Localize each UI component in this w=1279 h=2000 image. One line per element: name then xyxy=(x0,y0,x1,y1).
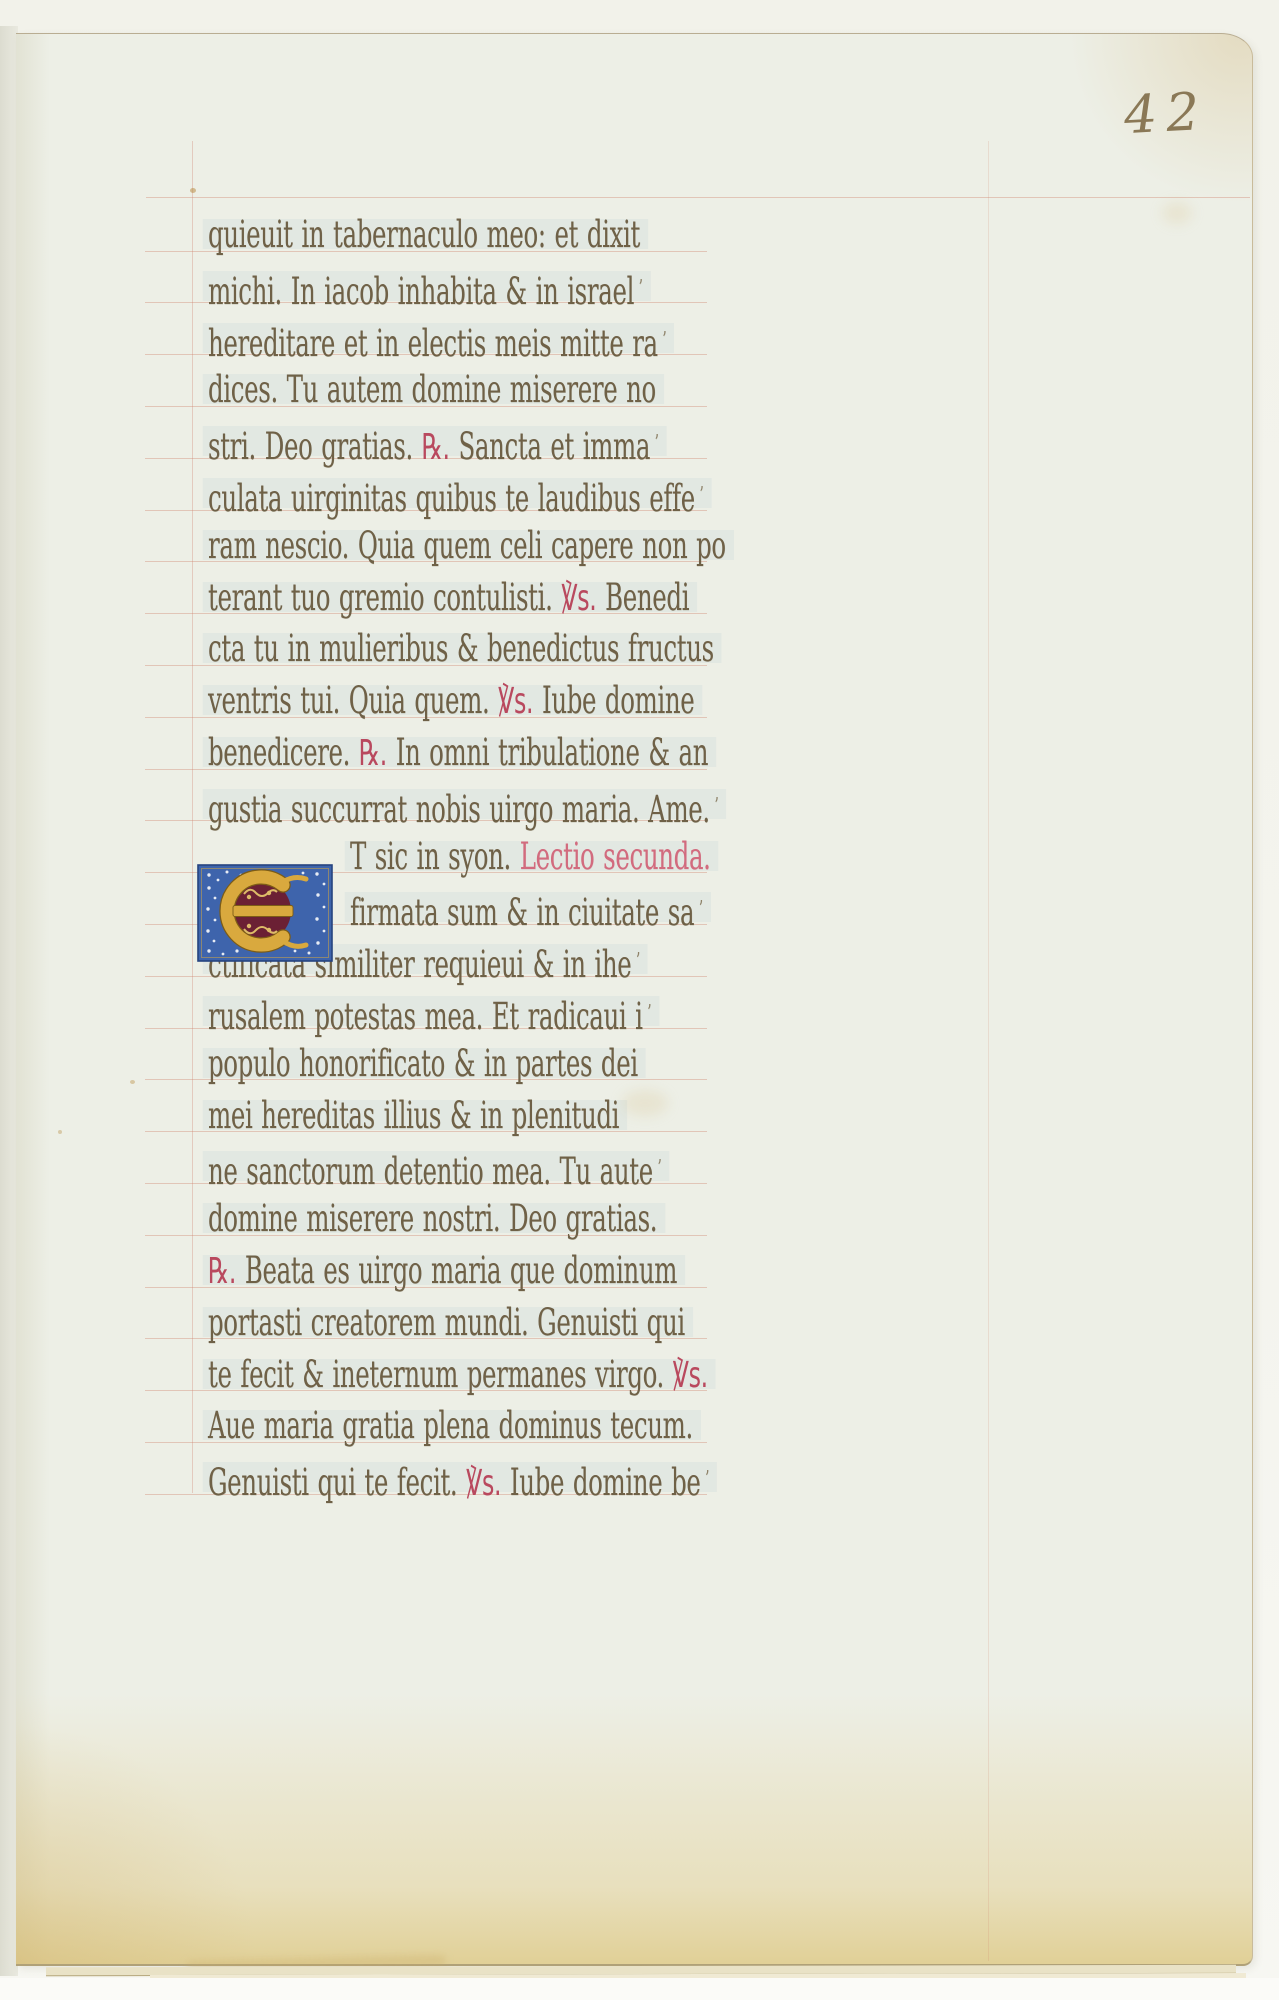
text-line: ne sanctorum detentio mea. Tu aute’ xyxy=(208,1144,661,1195)
line-end-mark: ’ xyxy=(699,896,703,920)
text-segment: te fecit & ineternum permanes virgo. xyxy=(208,1353,673,1396)
text-line: Aue maria gratia plena dominus tecum. xyxy=(208,1403,693,1449)
text-line: populo honorificato & in partes dei xyxy=(208,1041,638,1087)
text-line: rusalem potestas mea. Et radicaui i’ xyxy=(208,989,651,1040)
text-line: T sic in syon. Lectio secunda. xyxy=(350,834,711,880)
background-surface xyxy=(0,1978,1279,2000)
text-segment: In omni tribulatione & an xyxy=(387,731,708,774)
text-segment: benedicere. xyxy=(208,731,359,774)
text-block: quieuit in tabernaculo meo: et dixitmich… xyxy=(16,34,1252,1964)
text-segment: mei hereditas illius & in plenitudi xyxy=(208,1094,619,1137)
text-line: mei hereditas illius & in plenitudi xyxy=(208,1093,619,1139)
line-end-mark: ’ xyxy=(714,793,718,817)
text-segment: michi. In iacob inhabita & in israel xyxy=(208,270,634,313)
text-segment: Beata es uirgo maria que dominum xyxy=(236,1249,677,1292)
text-segment: dices. Tu autem domine miserere no xyxy=(208,368,656,411)
text-segment: ℞. xyxy=(359,733,387,774)
text-line: portasti creatorem mundi. Genuisti qui xyxy=(208,1300,685,1346)
text-segment: ne sanctorum detentio mea. Tu aute xyxy=(208,1151,653,1194)
text-segment: quieuit in tabernaculo meo: et dixit xyxy=(208,213,640,256)
stain xyxy=(1162,202,1192,224)
text-line: ventris tui. Quia quem. ℣s. Iube domine xyxy=(208,678,694,725)
text-line: hereditare et in electis meis mitte ra’ xyxy=(208,316,666,367)
text-line: domine miserere nostri. Deo gratias. xyxy=(208,1196,657,1242)
text-segment: Iube domine xyxy=(533,679,694,722)
foxing-spot xyxy=(130,1080,135,1084)
text-line: Genuisti qui te fecit. ℣s. Iube domine b… xyxy=(208,1455,709,1507)
illuminated-initial-art xyxy=(197,864,333,962)
text-segment: Benedi xyxy=(596,576,689,619)
text-segment: hereditare et in electis meis mitte ra xyxy=(208,322,658,365)
text-line: te fecit & ineternum permanes virgo. ℣s. xyxy=(208,1352,708,1399)
text-line: dices. Tu autem domine miserere no xyxy=(208,367,656,413)
text-segment: Genuisti qui te fecit. xyxy=(208,1461,466,1504)
line-end-mark: ’ xyxy=(705,1466,709,1490)
text-segment: portasti creatorem mundi. Genuisti qui xyxy=(208,1301,685,1344)
line-end-mark: ’ xyxy=(655,430,659,454)
text-segment: populo honorificato & in partes dei xyxy=(208,1042,638,1085)
text-segment: culata uirginitas quibus te laudibus eff… xyxy=(208,477,695,520)
manuscript-page: 42 quieuit in tabernaculo meo: et dixitm… xyxy=(16,33,1253,1966)
text-segment: gustia succurrat nobis uirgo maria. Ame. xyxy=(208,788,710,831)
foxing-spot xyxy=(190,188,196,193)
text-line: benedicere. ℞. In omni tribulatione & an xyxy=(208,730,708,777)
line-end-mark: ’ xyxy=(639,275,643,299)
foxing-spot xyxy=(58,1130,62,1134)
text-line: stri. Deo gratias. ℞. Sancta et imma’ xyxy=(208,419,659,471)
text-segment: ℣s. xyxy=(561,578,596,619)
text-line: michi. In iacob inhabita & in israel’ xyxy=(208,264,643,315)
text-segment: ℞. xyxy=(422,427,450,468)
text-segment: ℣s. xyxy=(673,1355,708,1396)
line-end-mark: ’ xyxy=(699,482,703,506)
text-segment: ℣s. xyxy=(498,681,533,722)
text-line: cta tu in mulieribus & benedictus fructu… xyxy=(208,626,714,672)
text-segment: domine miserere nostri. Deo gratias. xyxy=(208,1197,657,1240)
text-segment: terant tuo gremio contulisti. xyxy=(208,576,561,619)
text-line: gustia succurrat nobis uirgo maria. Ame.… xyxy=(208,782,718,833)
text-segment: ram nescio. Quia quem celi capere non po xyxy=(208,524,726,567)
manuscript-scan: 42 quieuit in tabernaculo meo: et dixitm… xyxy=(0,0,1279,2000)
text-line: ram nescio. Quia quem celi capere non po xyxy=(208,523,726,569)
text-line: quieuit in tabernaculo meo: et dixit xyxy=(208,212,640,258)
text-segment: Lectio secunda. xyxy=(520,835,711,878)
text-segment: rusalem potestas mea. Et radicaui i xyxy=(208,995,643,1038)
line-end-mark: ’ xyxy=(657,1155,661,1179)
text-segment: T sic in syon. xyxy=(350,835,520,878)
initial-crossbar xyxy=(233,906,293,917)
text-line: ℞. Beata es uirgo maria que dominum xyxy=(208,1248,677,1295)
illuminated-initial xyxy=(197,864,333,962)
text-segment: Iube domine be xyxy=(501,1461,700,1504)
line-end-mark: ’ xyxy=(636,948,640,972)
line-end-mark: ’ xyxy=(662,327,666,351)
text-segment: cta tu in mulieribus & benedictus fructu… xyxy=(208,627,714,670)
text-line: terant tuo gremio contulisti. ℣s. Benedi xyxy=(208,575,689,622)
text-segment: Sancta et imma xyxy=(450,425,650,468)
text-segment: Aue maria gratia plena dominus tecum. xyxy=(208,1404,693,1447)
text-line: firmata sum & in ciuitate sa’ xyxy=(350,885,703,936)
text-segment: firmata sum & in ciuitate sa xyxy=(350,892,694,935)
line-end-mark: ’ xyxy=(647,1000,651,1024)
stain xyxy=(622,1090,668,1116)
text-segment: ventris tui. Quia quem. xyxy=(208,679,498,722)
text-line: culata uirginitas quibus te laudibus eff… xyxy=(208,471,703,522)
text-segment: ℣s. xyxy=(466,1463,501,1504)
text-segment: stri. Deo gratias. xyxy=(208,425,422,468)
text-segment: ℞. xyxy=(208,1251,236,1292)
